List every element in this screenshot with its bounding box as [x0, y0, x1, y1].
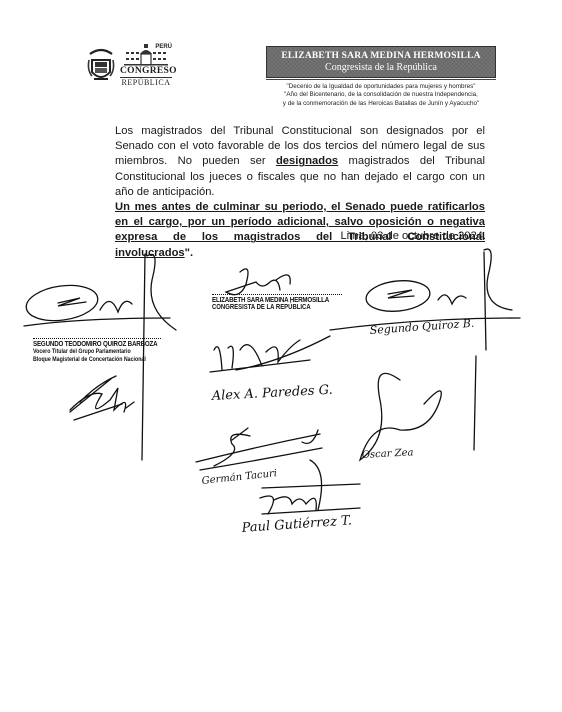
paragraph-1: Los magistrados del Tribunal Constitucio… — [115, 124, 485, 200]
banner-name: ELIZABETH SARA MEDINA HERMOSILLA — [267, 50, 495, 62]
signature-paredes — [210, 336, 330, 372]
stamp-role: CONGRESISTA DE LA REPÚBLICA — [212, 304, 323, 312]
stamp-role: Vocero Titular del Grupo Parlamentario — [33, 348, 142, 356]
motto-line-3: y de la conmemoración de las Heroicas Ba… — [268, 100, 494, 108]
signature-tacuri — [196, 428, 322, 470]
handwritten-name-gutierrez: Paul Gutiérrez T. — [240, 513, 352, 536]
handwritten-name-quiroz: Segundo Quiroz B. — [369, 317, 474, 337]
motto-line-1: "Decenio de la Igualdad de oportunidades… — [268, 83, 494, 91]
stamp-quiroz: SEGUNDO TEODOMIRO QUIROZ BARBOZA Vocero … — [33, 338, 161, 364]
stamp-medina: ELIZABETH SARA MEDINA HERMOSILLA CONGRES… — [212, 294, 342, 312]
congresista-banner: ELIZABETH SARA MEDINA HERMOSILLA Congres… — [266, 46, 496, 78]
republica-wordmark: REPÚBLICA — [120, 78, 172, 88]
congreso-peru-label: PERÚ — [155, 44, 172, 50]
signature-zea — [360, 356, 476, 460]
stamp-name: SEGUNDO TEODOMIRO QUIROZ BARBOZA — [33, 340, 142, 348]
motto-line-2: "Año del Bicentenario, de la consolidaci… — [268, 91, 494, 99]
signature-quiroz-right — [330, 249, 520, 350]
header-divider — [266, 79, 496, 80]
congreso-logo: PERÚ CONGRESO REPÚBLICA — [120, 44, 172, 92]
handwritten-name-tacuri: Germán Tacuri — [201, 468, 277, 487]
signature-medina — [226, 269, 290, 295]
banner-role: Congresista de la República — [267, 62, 495, 74]
stamp-role: Bloque Magisterial de Concertación Nacio… — [33, 356, 142, 364]
handwritten-name-paredes: Alex A. Paredes G. — [210, 383, 333, 404]
peru-coat-of-arms-icon — [86, 46, 116, 86]
signature-gutierrez — [260, 460, 360, 514]
congreso-wordmark: CONGRESO — [120, 66, 172, 78]
document-date: Lima, 03 de octubre de 2024. — [300, 230, 486, 242]
underlined-word: designados — [276, 155, 338, 167]
official-mottos: "Decenio de la Igualdad de oportunidades… — [268, 83, 494, 108]
handwritten-name-zea: Oscar Zea — [362, 447, 414, 461]
signature-quiroz-initial — [70, 376, 134, 420]
stamp-name: ELIZABETH SARA MEDINA HERMOSILLA — [212, 296, 323, 304]
